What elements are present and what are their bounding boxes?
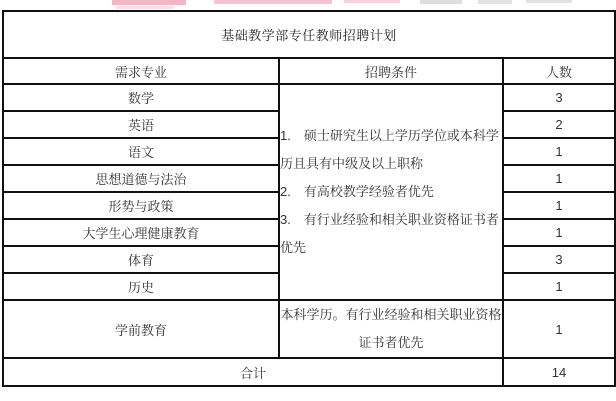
condition-item: 2. 有高校教学经验者优先 — [280, 178, 502, 206]
title-row: 基础教学部专任教师招聘计划 — [3, 11, 615, 58]
watermark-fragment — [344, 0, 400, 3]
table-row: 数学 1. 硕士研究生以上学历学位或本科学历且具有中级及以上职称 2. 有高校教… — [3, 84, 615, 111]
total-count-cell: 14 — [503, 358, 615, 386]
watermark-fragment — [214, 0, 332, 4]
major-cell: 英语 — [3, 111, 279, 138]
table-title: 基础教学部专任教师招聘计划 — [3, 11, 615, 58]
col-header-conditions: 招聘条件 — [279, 58, 503, 84]
total-label-cell: 合计 — [3, 358, 503, 386]
watermark-fragment — [116, 6, 174, 9]
major-cell: 形势与政策 — [3, 192, 279, 219]
count-cell: 1 — [503, 192, 615, 219]
count-cell: 1 — [503, 273, 615, 300]
condition-item: 3. 有行业经验和相关职业资格证书者优先 — [280, 206, 502, 262]
count-cell: 1 — [503, 300, 615, 358]
count-cell: 3 — [503, 246, 615, 273]
count-cell: 1 — [503, 219, 615, 246]
major-cell: 大学生心理健康教育 — [3, 219, 279, 246]
col-header-major: 需求专业 — [3, 58, 279, 84]
major-cell: 数学 — [3, 84, 279, 111]
watermark-fragment — [112, 0, 186, 5]
count-cell: 1 — [503, 165, 615, 192]
count-cell: 2 — [503, 111, 615, 138]
total-row: 合计 14 — [3, 358, 615, 386]
count-cell: 1 — [503, 138, 615, 165]
major-cell: 体育 — [3, 246, 279, 273]
table-row: 学前教育 本科学历。有行业经验和相关职业资格证书者优先 1 — [3, 300, 615, 358]
column-header-row: 需求专业 招聘条件 人数 — [3, 58, 615, 84]
col-header-count: 人数 — [503, 58, 615, 84]
major-cell: 学前教育 — [3, 300, 279, 358]
watermark-fragment — [526, 0, 572, 3]
watermark-fragment — [420, 0, 462, 4]
condition-item: 1. 硕士研究生以上学历学位或本科学历且具有中级及以上职称 — [280, 122, 502, 178]
conditions-cell: 本科学历。有行业经验和相关职业资格证书者优先 — [279, 300, 503, 358]
recruitment-plan-table: 基础教学部专任教师招聘计划 需求专业 招聘条件 人数 数学 1. 硕士研究生以上… — [2, 10, 616, 387]
major-cell: 语文 — [3, 138, 279, 165]
shared-conditions-cell: 1. 硕士研究生以上学历学位或本科学历且具有中级及以上职称 2. 有高校教学经验… — [279, 84, 503, 300]
watermark-fragment — [478, 0, 512, 4]
count-cell: 3 — [503, 84, 615, 111]
document-page: 基础教学部专任教师招聘计划 需求专业 招聘条件 人数 数学 1. 硕士研究生以上… — [0, 0, 616, 401]
major-cell: 历史 — [3, 273, 279, 300]
major-cell: 思想道德与法治 — [3, 165, 279, 192]
